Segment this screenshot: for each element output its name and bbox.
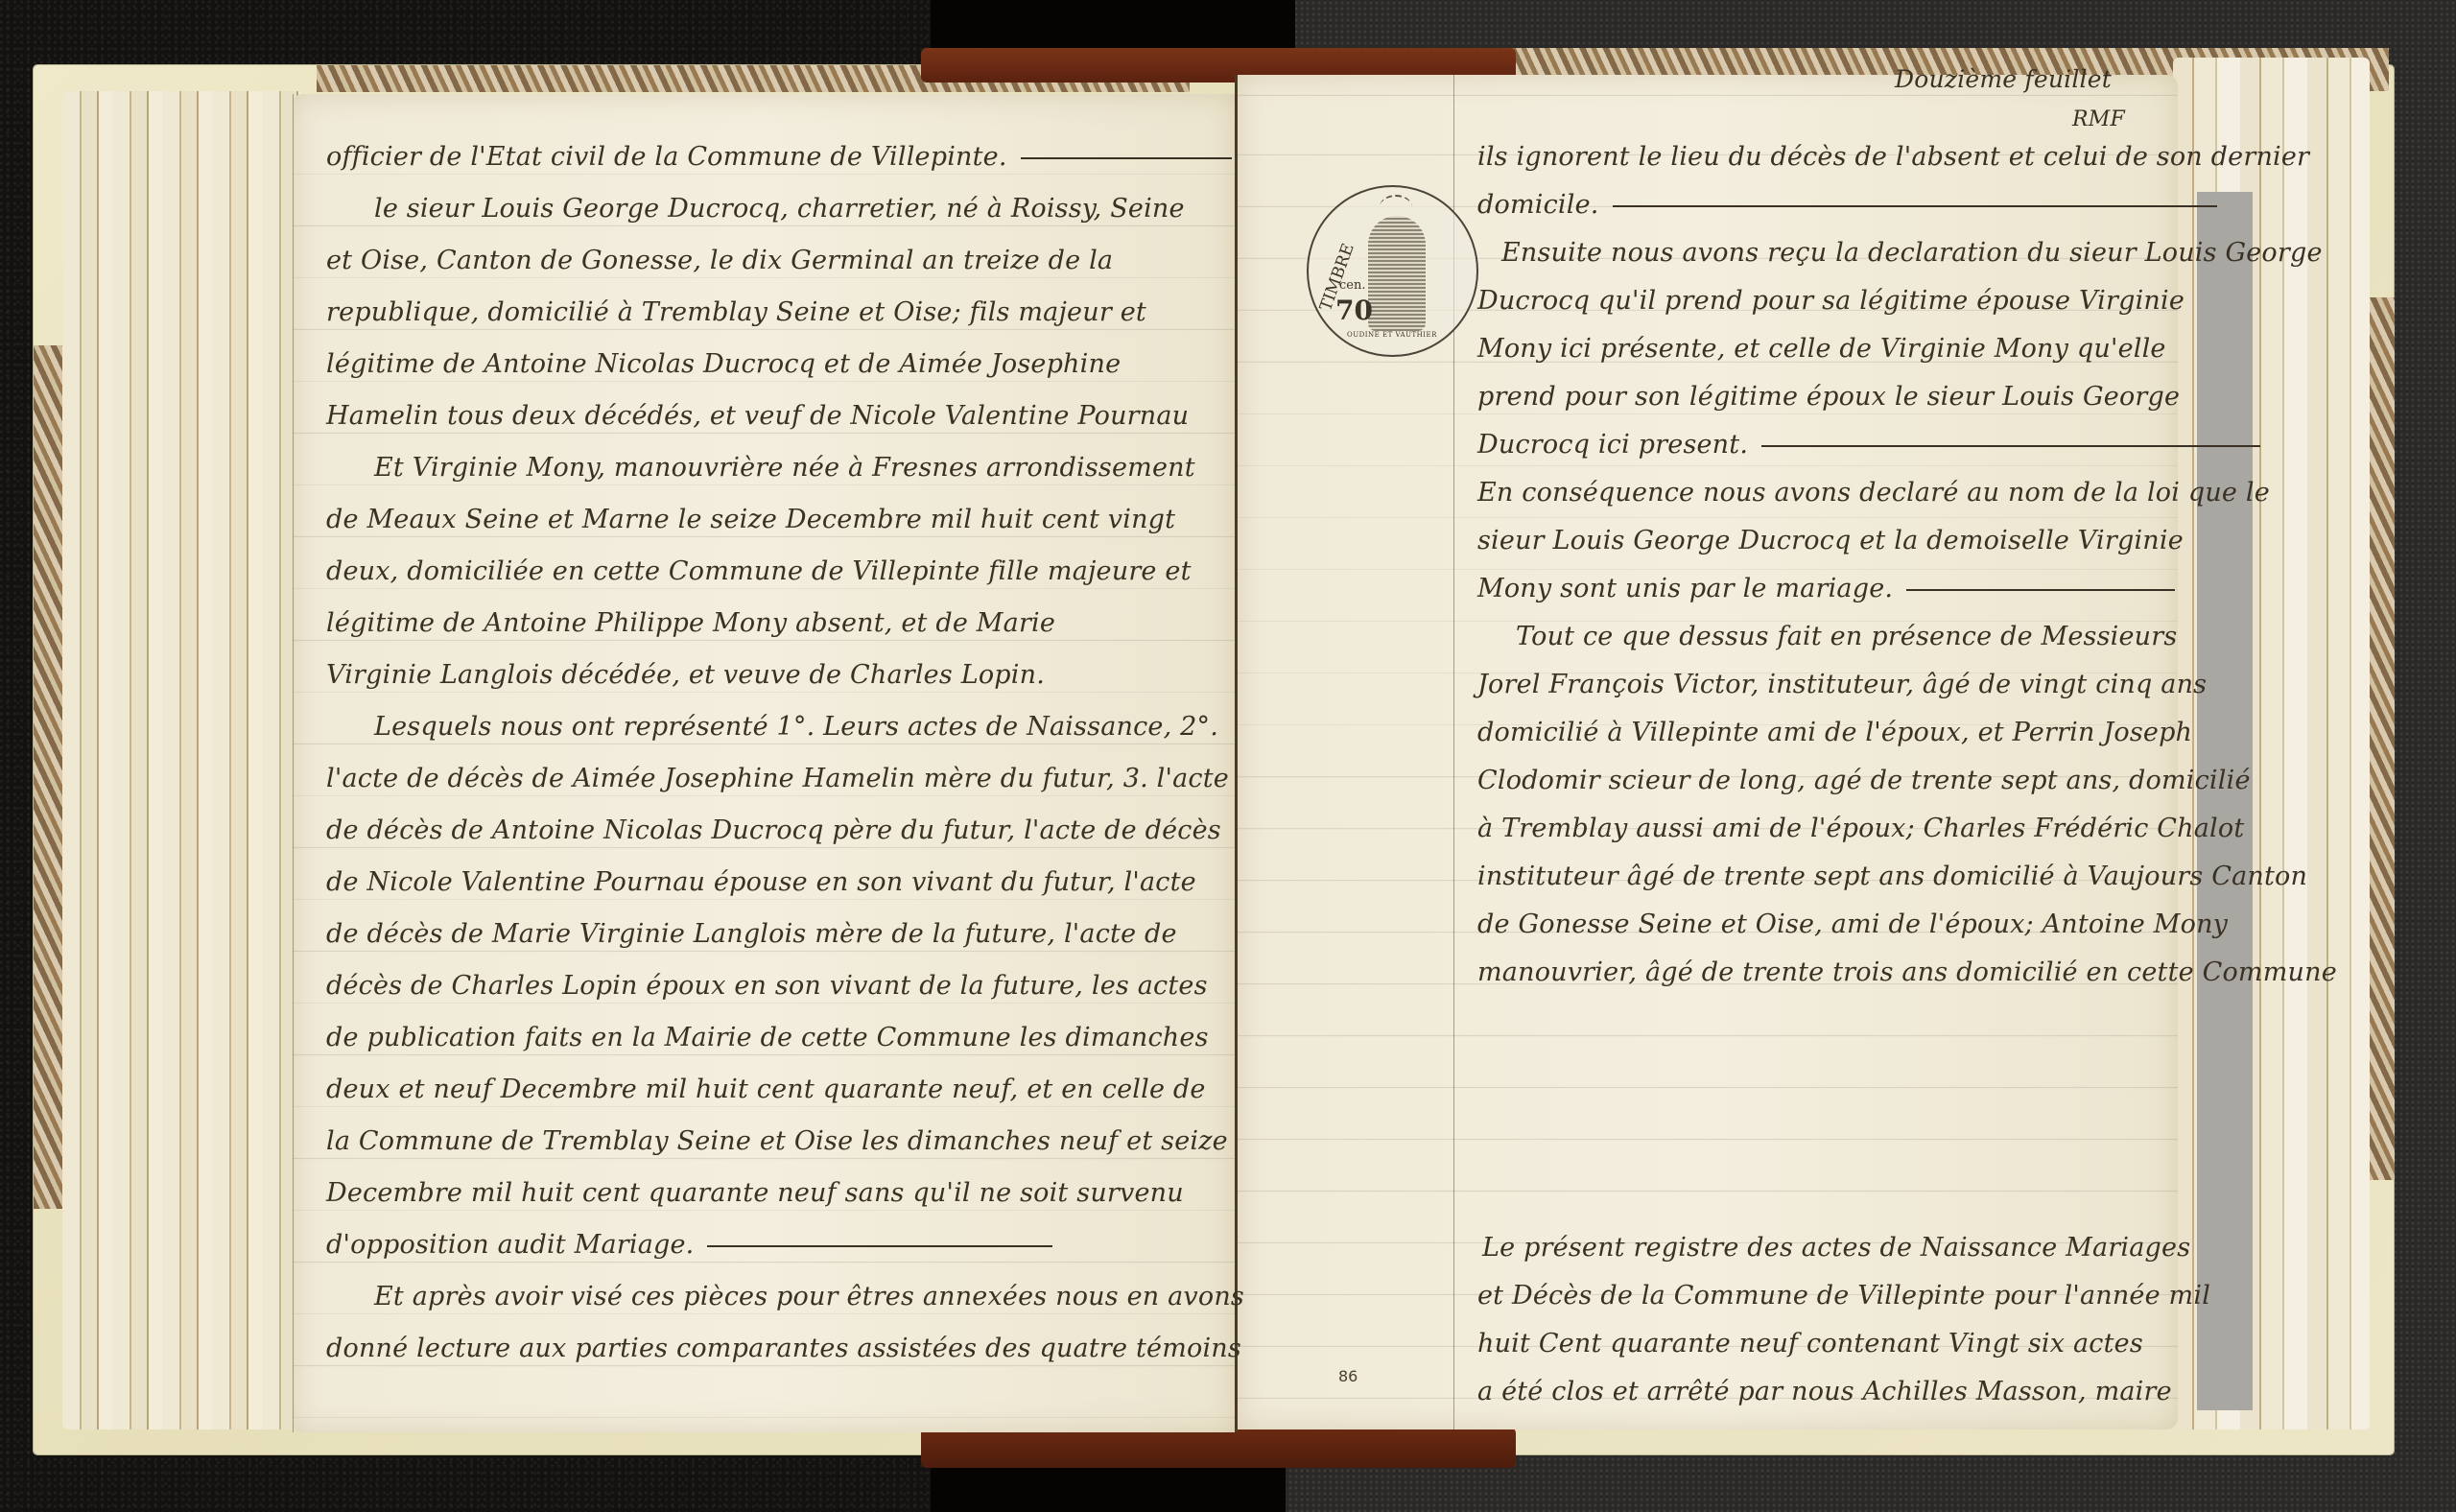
text-line: de décès de Marie Virginie Langlois mère… xyxy=(326,919,1177,949)
text-line: de Nicole Valentine Pournau épouse en so… xyxy=(326,867,1196,897)
text-line: Ensuite nous avons reçu la declaration d… xyxy=(1501,238,2323,268)
text-line: à Tremblay aussi ami de l'époux; Charles… xyxy=(1477,814,2244,843)
text-line: sieur Louis George Ducrocq et la demoise… xyxy=(1477,526,2184,555)
text-line: domicilié à Villepinte ami de l'époux, e… xyxy=(1477,718,2192,747)
gray-insert-sheet xyxy=(2197,192,2253,1410)
text-line: de Gonesse Seine et Oise, ami de l'époux… xyxy=(1477,910,2228,939)
text-line: légitime de Antoine Philippe Mony absent… xyxy=(326,608,1055,638)
text-line: Tout ce que dessus fait en présence de M… xyxy=(1516,622,2177,651)
text-line: Jorel François Victor, instituteur, âgé … xyxy=(1477,670,2207,699)
text-line: de Meaux Seine et Marne le seize Decembr… xyxy=(326,505,1175,534)
margin-rule xyxy=(293,94,294,1432)
page-stack-left xyxy=(62,91,302,1429)
text-line: deux, domiciliée en cette Commune de Vil… xyxy=(326,556,1192,586)
text-line: Ducrocq qu'il prend pour sa légitime épo… xyxy=(1477,286,2184,316)
text-line: d'opposition audit Mariage. xyxy=(326,1230,1052,1260)
text-line: de décès de Antoine Nicolas Ducrocq père… xyxy=(326,815,1221,845)
text-line: ils ignorent le lieu du décès de l'absen… xyxy=(1477,142,2309,172)
text-line: huit Cent quarante neuf contenant Vingt … xyxy=(1477,1329,2143,1358)
text-line: prend pour son légitime époux le sieur L… xyxy=(1477,382,2180,412)
text-line: Et Virginie Mony, manouvrière née à Fres… xyxy=(374,453,1195,483)
text-line: l'acte de décès de Aimée Josephine Hamel… xyxy=(326,764,1229,793)
text-line: donné lecture aux parties comparantes as… xyxy=(326,1334,1241,1363)
text-line: Clodomir scieur de long, agé de trente s… xyxy=(1477,766,2251,795)
spine-shadow-bottom xyxy=(931,1463,1286,1512)
text-line: de publication faits en la Mairie de cet… xyxy=(326,1023,1209,1052)
text-line: Ducrocq ici present. xyxy=(1477,430,2260,460)
text-line: En conséquence nous avons declaré au nom… xyxy=(1477,478,2270,508)
text-line: instituteur âgé de trente sept ans domic… xyxy=(1477,862,2307,891)
stamp-unit: cen. xyxy=(1339,278,1365,293)
page-number: 86 xyxy=(1338,1367,1358,1385)
text-line: légitime de Antoine Nicolas Ducrocq et d… xyxy=(326,349,1121,379)
text-line: manouvrier, âgé de trente trois ans domi… xyxy=(1477,957,2337,987)
text-line: décès de Charles Lopin époux en son viva… xyxy=(326,971,1208,1001)
text-line: la Commune de Tremblay Seine et Oise les… xyxy=(326,1126,1228,1156)
text-line: officier de l'Etat civil de la Commune d… xyxy=(326,142,1232,172)
folio-header: Douzième feuillet xyxy=(1895,65,2112,93)
spine-gutter xyxy=(1235,75,1238,1432)
text-line: Mony ici présente, et celle de Virginie … xyxy=(1477,334,2166,364)
stamp-maker: OUDINE ET VAUTHIER xyxy=(1347,331,1437,339)
text-line: a été clos et arrêté par nous Achilles M… xyxy=(1477,1377,2172,1406)
text-line: domicile. xyxy=(1477,190,2217,220)
stamp-value: 70 xyxy=(1335,295,1373,326)
text-line: republique, domicilié à Tremblay Seine e… xyxy=(326,297,1146,327)
marbled-paper-left-edge xyxy=(34,345,64,1209)
text-line: Et après avoir visé ces pièces pour être… xyxy=(374,1282,1244,1311)
text-line: Decembre mil huit cent quarante neuf san… xyxy=(326,1178,1184,1208)
text-line: Hamelin tous deux décédés, et veuf de Ni… xyxy=(326,401,1189,431)
text-line: Lesquels nous ont représenté 1°. Leurs a… xyxy=(374,712,1218,742)
text-line: et Décès de la Commune de Villepinte pou… xyxy=(1477,1281,2210,1311)
text-line: Mony sont unis par le mariage. xyxy=(1477,574,2175,603)
folio-initials: RMF xyxy=(2072,107,2125,131)
text-line: Virginie Langlois décédée, et veuve de C… xyxy=(326,660,1045,690)
text-line: deux et neuf Decembre mil huit cent quar… xyxy=(326,1075,1206,1104)
text-line: le sieur Louis George Ducrocq, charretie… xyxy=(374,194,1185,224)
seated-justice-figure-icon xyxy=(1368,216,1426,331)
leather-spine-bottom xyxy=(921,1428,1516,1468)
text-line: Le présent registre des actes de Naissan… xyxy=(1482,1233,2190,1263)
text-line: et Oise, Canton de Gonesse, le dix Germi… xyxy=(326,246,1113,275)
tax-stamp: TIMBRE cen. 70 OUDINE ET VAUTHIER xyxy=(1307,185,1478,357)
